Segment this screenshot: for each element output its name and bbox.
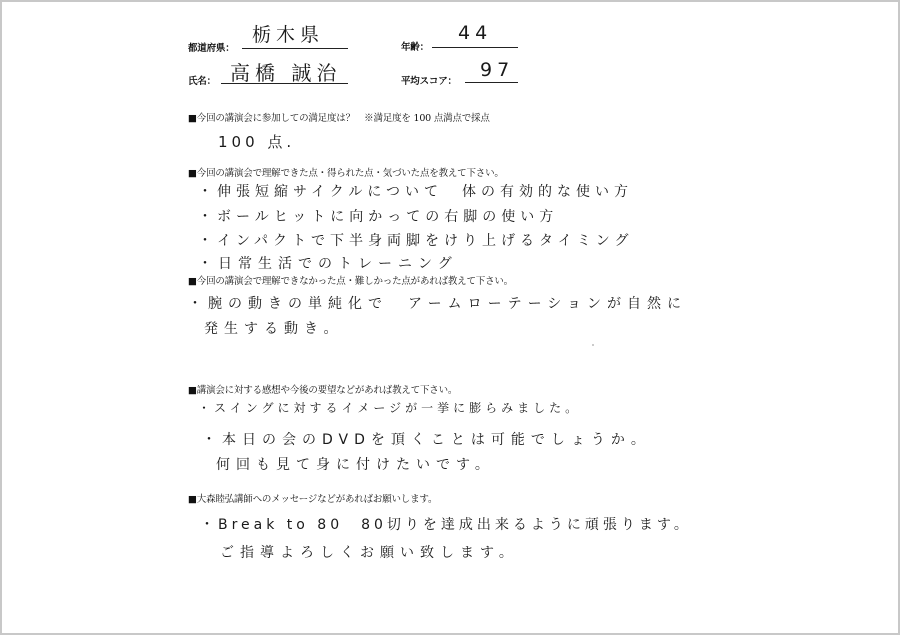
question-message: ■大森睦弘講師へのメッセージなどがあればお願いします。	[188, 491, 437, 505]
answer-impressions-1: ・スイングに対するイメージが一挙に膨らみました。	[198, 399, 581, 416]
prefecture-label: 都道府県：	[188, 40, 235, 54]
question-impressions: ■講演会に対する感想や今後の要望などがあれば教えて下さい。	[188, 382, 457, 396]
name-value: 高橋 誠治	[230, 57, 341, 86]
answer-understood-4: ・日常生活でのトレーニング	[198, 253, 458, 273]
answer-understood-2: ・ボールヒットに向かっての右脚の使い方	[198, 206, 558, 226]
age-value: 44	[458, 22, 492, 44]
average-score-underline	[465, 82, 518, 83]
average-score-label: 平均スコア：	[401, 73, 457, 87]
prefecture-underline	[242, 48, 348, 49]
question-difficult: ■今回の講演会で理解できなかった点・難しかった点があれば教えて下さい。	[188, 273, 513, 287]
answer-satisfaction: 100 点.	[218, 131, 295, 152]
answer-understood-3: ・インパクトで下半身両脚をけり上げるタイミング	[198, 230, 633, 250]
average-score-value: 97	[480, 59, 514, 81]
question-understood: ■今回の講演会で理解できた点・得られた点・気づいた点を教えて下さい。	[188, 165, 504, 179]
answer-impressions-3: 何回も見て身に付けたいです。	[216, 454, 495, 474]
answer-understood-1: ・伸張短縮サイクルについて 体の有効的な使い方	[198, 181, 633, 201]
name-label: 氏名：	[188, 73, 216, 87]
answer-message-2: ご指導よろしくお願い致します。	[220, 542, 519, 562]
answer-difficult-1: ・腕の動きの単純化で アームローテーションが自然に	[188, 293, 687, 313]
age-underline	[432, 47, 518, 48]
answer-message-1: ・Break to 80 80切りを達成出来るように頑張ります。	[200, 514, 692, 534]
answer-impressions-2: ・本日の会のDVDを頂くことは可能でしょうか。	[202, 429, 651, 449]
prefecture-value: 栃木県	[252, 20, 324, 47]
stray-mark	[592, 344, 594, 346]
answer-difficult-2: 発生する動き。	[204, 318, 343, 338]
age-label: 年齢：	[401, 39, 429, 53]
question-satisfaction: ■今回の講演会に参加しての満足度は？ ※満足度を 100 点満点で採点	[188, 110, 490, 124]
survey-form-page: 都道府県： 栃木県 年齢： 44 氏名： 高橋 誠治 平均スコア： 97 ■今回…	[0, 0, 900, 635]
